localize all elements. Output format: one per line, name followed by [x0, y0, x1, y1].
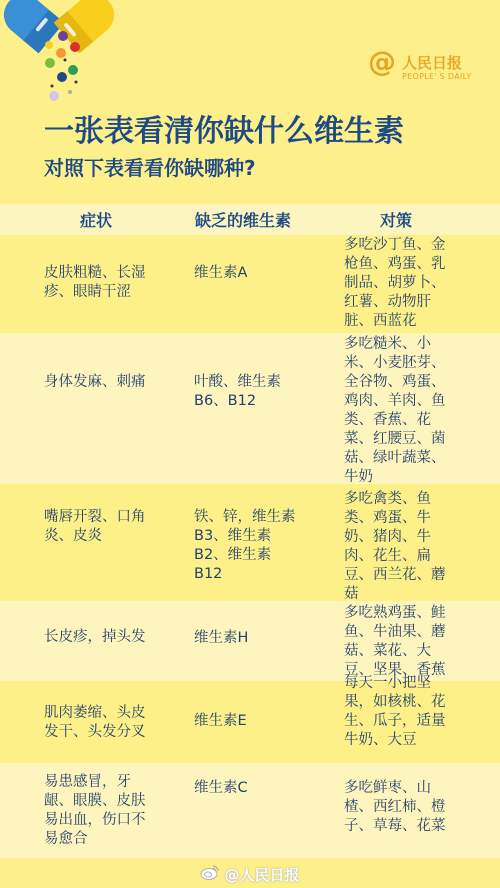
- table-row: 身体发麻、刺痛 叶酸、维生素 B6、B12 多吃糙米、小 米、小麦胚芽、 全谷物…: [0, 333, 500, 484]
- remedy-cell: 多吃熟鸡蛋、鲑 鱼、牛油果、蘑 菇、菜花、大 豆、坚果、香蕉: [344, 604, 456, 680]
- watermark-text: @人民日报: [224, 864, 299, 885]
- page-title: 一张表看清你缺什么维生素: [44, 106, 404, 150]
- vitamin-cell: 维生素H: [194, 629, 306, 648]
- vitamin-cell: 维生素A: [194, 264, 306, 283]
- table-row: 肌肉萎缩、头皮 发干、头发分叉 维生素E 每天一小把坚 果，如核桃、花 生、瓜子…: [0, 681, 500, 763]
- vitamin-cell: 维生素C: [194, 779, 306, 798]
- column-header-remedy: 对策: [380, 208, 412, 231]
- hero-banner: @ 人民日报 PEOPLE' S DAILY 一张表看清你缺什么维生素 对照下表…: [0, 0, 500, 204]
- weibo-icon: [200, 864, 220, 884]
- remedy-cell: 多吃禽类、鱼 类、鸡蛋、牛 奶、猪肉、牛 肉、花生、扁 豆、西兰花、蘑 菇: [344, 490, 456, 604]
- column-header-vitamin: 缺乏的维生素: [195, 208, 291, 231]
- table-header: 症状 缺乏的维生素 对策: [0, 204, 500, 235]
- vitamin-cell: 叶酸、维生素 B6、B12: [194, 373, 306, 411]
- remedy-cell: 多吃沙丁鱼、金 枪鱼、鸡蛋、乳 制品、胡萝卜、 红薯、动物肝 脏、西蓝花: [344, 236, 456, 331]
- remedy-cell: 多吃糙米、小 米、小麦胚芽、 全谷物、鸡蛋、 鸡肉、羊肉、鱼 类、香蕉、花 菜、…: [344, 335, 456, 487]
- symptom-cell: 长皮疹，掉头发: [44, 628, 156, 647]
- remedy-cell: 每天一小把坚 果，如核桃、花 生、瓜子，适量 牛奶、大豆: [344, 674, 456, 750]
- peoples-daily-logo: @ 人民日报 PEOPLE' S DAILY: [368, 48, 488, 88]
- vitamin-cell: 铁、锌，维生素 B3、维生素 B2、维生素 B12: [194, 508, 306, 584]
- logo-at-icon: @: [368, 48, 396, 76]
- table-row: 长皮疹，掉头发 维生素H 多吃熟鸡蛋、鲑 鱼、牛油果、蘑 菇、菜花、大 豆、坚果…: [0, 601, 500, 681]
- column-header-symptom: 症状: [80, 208, 112, 231]
- table-row: 皮肤粗糙、长湿 疹、眼睛干涩 维生素A 多吃沙丁鱼、金 枪鱼、鸡蛋、乳 制品、胡…: [0, 235, 500, 333]
- symptom-cell: 易患感冒，牙 龈、眼膜、皮肤 易出血，伤口不 易愈合: [44, 773, 156, 849]
- logo-name-cn: 人民日报: [402, 52, 462, 73]
- symptom-cell: 身体发麻、刺痛: [44, 373, 156, 392]
- page-subtitle: 对照下表看看你缺哪种?: [44, 152, 256, 181]
- symptom-cell: 肌肉萎缩、头皮 发干、头发分叉: [44, 704, 156, 742]
- remedy-cell: 多吃鲜枣、山 楂、西红柿、橙 子、草莓、花菜: [344, 779, 456, 836]
- symptom-cell: 嘴唇开裂、口角 炎、皮炎: [44, 508, 156, 546]
- logo-name-en: PEOPLE' S DAILY: [402, 72, 472, 81]
- vitamin-cell: 维生素E: [194, 712, 306, 731]
- symptom-cell: 皮肤粗糙、长湿 疹、眼睛干涩: [44, 264, 156, 302]
- vitamin-table: 症状 缺乏的维生素 对策 皮肤粗糙、长湿 疹、眼睛干涩 维生素A 多吃沙丁鱼、金…: [0, 204, 500, 858]
- footer-watermark: @人民日报: [0, 860, 500, 888]
- table-row: 易患感冒，牙 龈、眼膜、皮肤 易出血，伤口不 易愈合 维生素C 多吃鲜枣、山 楂…: [0, 763, 500, 858]
- table-row: 嘴唇开裂、口角 炎、皮炎 铁、锌，维生素 B3、维生素 B2、维生素 B12 多…: [0, 484, 500, 601]
- vitamin-capsule-icon: [2, 0, 122, 110]
